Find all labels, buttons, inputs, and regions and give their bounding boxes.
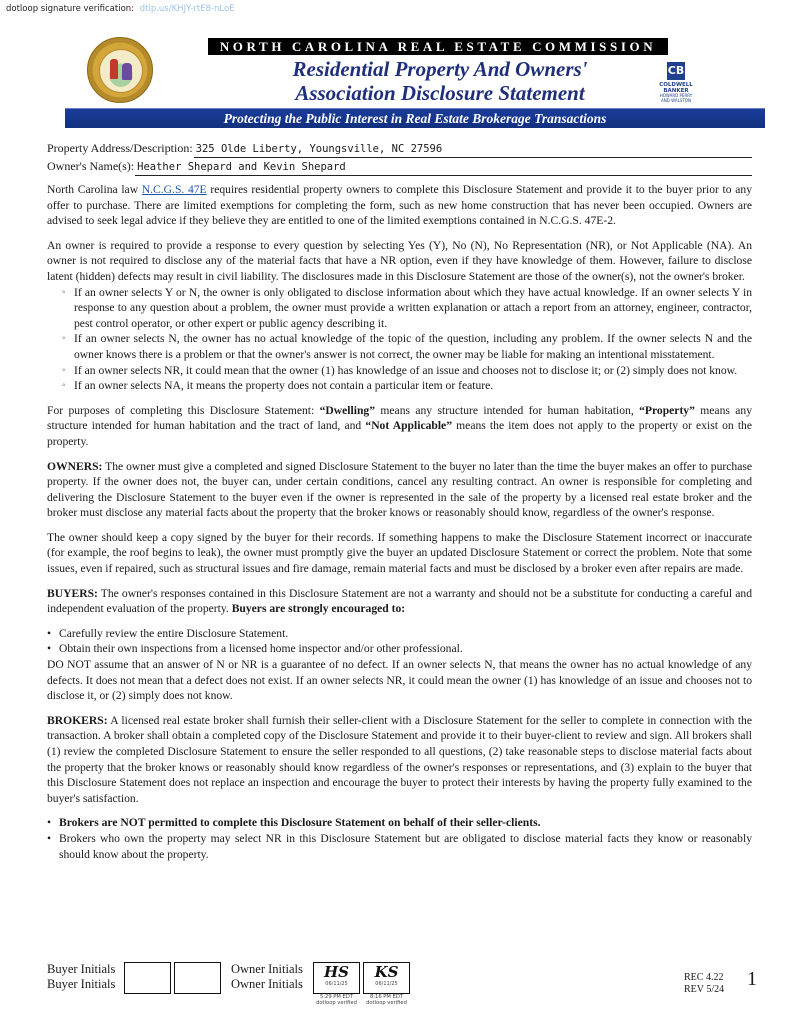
owners-paragraph: OWNERS: The owner must give a completed … xyxy=(47,459,752,521)
response-bullet: If an owner selects NR, it could mean th… xyxy=(62,363,752,379)
title-line-1: Residential Property And Owners' xyxy=(200,57,680,81)
brokers-bullet: Brokers who own the property may select … xyxy=(47,831,752,862)
intro-paragraph: North Carolina law N.C.G.S. 47E requires… xyxy=(47,182,752,229)
buyers-heading: BUYERS: xyxy=(47,587,98,600)
definitions-paragraph: For purposes of completing this Disclosu… xyxy=(47,403,752,450)
owner-names-label: Owner's Name(s): xyxy=(47,158,134,174)
def-text: means any structure intended for human h… xyxy=(375,404,639,417)
rev-line-1: REC 4.22 xyxy=(684,972,724,984)
brokers-bullets: Brokers are NOT permitted to complete th… xyxy=(47,815,752,862)
brokers-section: BROKERS: A licensed real estate broker s… xyxy=(47,713,752,862)
response-bullet: If an owner selects NA, it means the pro… xyxy=(62,378,752,394)
title-line-2: Association Disclosure Statement xyxy=(200,81,680,105)
brokers-paragraph: BROKERS: A licensed real estate broker s… xyxy=(47,713,752,807)
owners-heading: OWNERS: xyxy=(47,460,102,473)
page-number: 1 xyxy=(747,968,757,991)
property-address-field[interactable]: 325 Olde Liberty, Youngsville, NC 27596 xyxy=(194,141,752,158)
stamp-verified: dotloop verified xyxy=(362,1000,411,1006)
seal-inner-icon xyxy=(99,49,143,93)
response-bullet: If an owner selects N, the owner has no … xyxy=(62,331,752,362)
stamp-verified: dotloop verified xyxy=(312,1000,361,1006)
buyers-encouraged: Buyers are strongly encouraged to: xyxy=(232,602,405,615)
owner-initials-signature: KS xyxy=(364,963,409,981)
response-paragraph: An owner is required to provide a respon… xyxy=(47,238,752,285)
property-fields: Property Address/Description: 325 Olde L… xyxy=(47,140,752,176)
buyers-bullet: Carefully review the entire Disclosure S… xyxy=(47,626,752,642)
nc-state-seal-logo xyxy=(87,37,153,103)
owner-initials-date: 06/11/25 xyxy=(364,981,409,987)
buyer-initials-label: Buyer Initials xyxy=(47,962,115,977)
tagline-banner: Protecting the Public Interest in Real E… xyxy=(65,108,765,128)
owner-initials-box-2[interactable]: KS 06/11/25 xyxy=(363,962,410,994)
buyer-initials-box-2[interactable] xyxy=(174,962,221,994)
buyers-bullets: Carefully review the entire Disclosure S… xyxy=(47,626,752,657)
cb-mark-icon: CB xyxy=(667,62,685,80)
ncgs-47e-link[interactable]: N.C.G.S. 47E xyxy=(142,183,207,196)
brokers-heading: BROKERS: xyxy=(47,714,108,727)
brokers-bullet-bold: Brokers are NOT permitted to complete th… xyxy=(59,816,541,829)
response-bullets: If an owner selects Y or N, the owner is… xyxy=(47,285,752,394)
owner-initials-box-1[interactable]: HS 06/11/25 xyxy=(313,962,360,994)
owner-initials-signature: HS xyxy=(314,963,359,981)
def-term-dwelling: “Dwelling” xyxy=(320,404,375,417)
owner-initials-date: 06/11/25 xyxy=(314,981,359,987)
owners-text: The owner must give a completed and sign… xyxy=(47,460,752,520)
seal-figure-icon xyxy=(110,59,118,79)
buyers-section: BUYERS: The owner's responses contained … xyxy=(47,586,752,704)
verification-link[interactable]: dtlp.us/KHJY-rtE8-nLoE xyxy=(140,4,235,14)
commission-banner: NORTH CAROLINA REAL ESTATE COMMISSION xyxy=(208,38,668,55)
brokers-bullet: Brokers are NOT permitted to complete th… xyxy=(47,815,752,831)
buyer-initials-labels: Buyer Initials Buyer Initials xyxy=(47,962,115,992)
verification-label: dotloop signature verification: xyxy=(6,4,134,14)
document-title: Residential Property And Owners' Associa… xyxy=(200,57,680,105)
brokers-text: A licensed real estate broker shall furn… xyxy=(47,714,752,805)
form-revision: REC 4.22 REV 5/24 xyxy=(684,972,724,996)
buyers-bullet: Obtain their own inspections from a lice… xyxy=(47,641,752,657)
coldwell-banker-logo: CB COLDWELL BANKER HOWARD PERRY AND WALS… xyxy=(646,62,706,103)
signature-verification: dotloop signature verification: dtlp.us/… xyxy=(6,4,235,14)
property-address-label: Property Address/Description: xyxy=(47,140,193,156)
response-bullet: If an owner selects Y or N, the owner is… xyxy=(62,285,752,332)
buyers-paragraph: BUYERS: The owner's responses contained … xyxy=(47,586,752,617)
owner-names-row: Owner's Name(s): Heather Shepard and Kev… xyxy=(47,158,752,176)
owner-initials-label: Owner Initials xyxy=(231,962,303,977)
dotloop-verified-stamp: 5:29 PM EDT dotloop verified xyxy=(312,994,361,1006)
owner-names-field[interactable]: Heather Shepard and Kevin Shepard xyxy=(135,159,752,176)
buyer-initials-box-1[interactable] xyxy=(124,962,171,994)
property-address-row: Property Address/Description: 325 Olde L… xyxy=(47,140,752,158)
def-text: For purposes of completing this Disclosu… xyxy=(47,404,320,417)
owner-initials-labels: Owner Initials Owner Initials xyxy=(231,962,303,992)
rev-line-2: REV 5/24 xyxy=(684,984,724,996)
document-body: North Carolina law N.C.G.S. 47E requires… xyxy=(47,182,752,862)
def-term-property: “Property” xyxy=(639,404,695,417)
buyer-initials-label: Buyer Initials xyxy=(47,977,115,992)
def-term-not-applicable: “Not Applicable” xyxy=(365,419,452,432)
cb-sub-2: AND WALSTON xyxy=(646,99,706,104)
buyers-warning: DO NOT assume that an answer of N or NR … xyxy=(47,657,752,704)
dotloop-verified-stamp: 8:16 PM EDT dotloop verified xyxy=(362,994,411,1006)
intro-text: North Carolina law xyxy=(47,183,142,196)
copy-paragraph: The owner should keep a copy signed by t… xyxy=(47,530,752,577)
owner-initials-label: Owner Initials xyxy=(231,977,303,992)
seal-figure-icon xyxy=(122,63,132,80)
